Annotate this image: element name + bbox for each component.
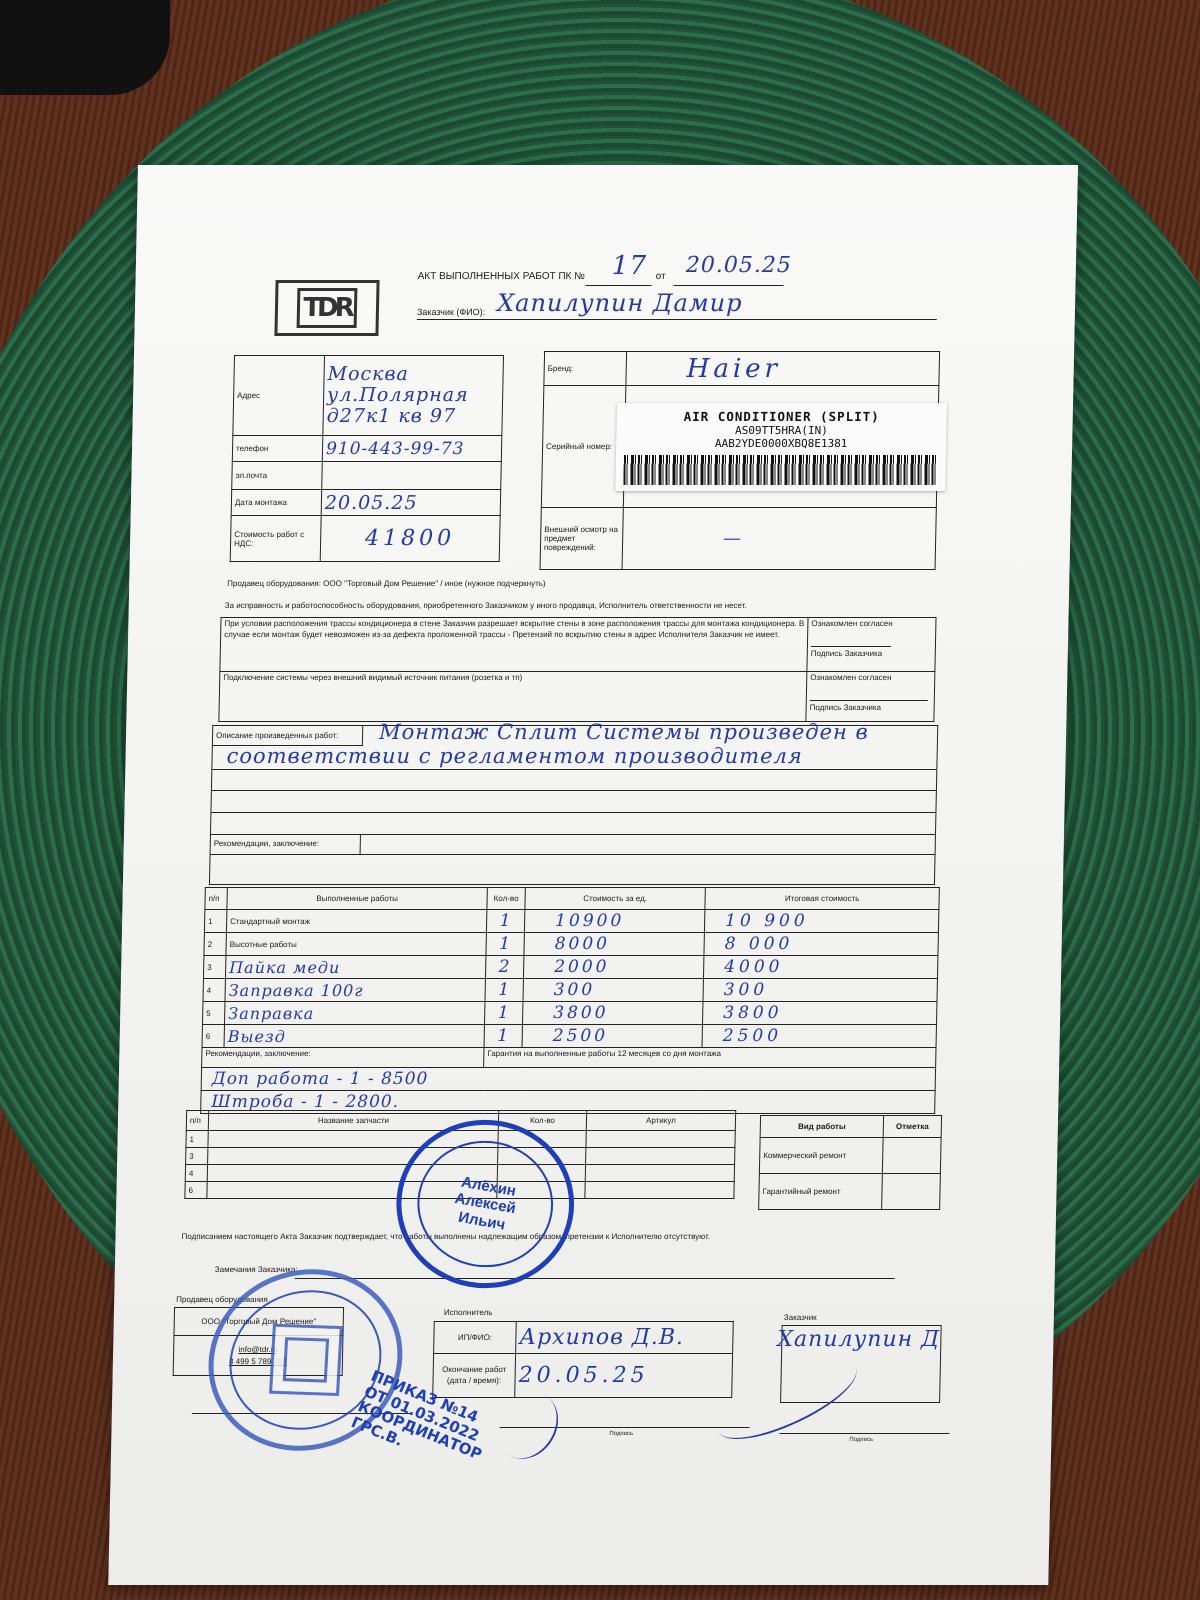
works-row: 6Выезд125002500 xyxy=(202,1025,936,1048)
works-row-total: 300 xyxy=(703,979,937,1002)
works-header-unit: Стоимость за ед. xyxy=(525,888,705,910)
works-row-qty: 1 xyxy=(485,979,523,1002)
works-row-unit: 2000 xyxy=(523,956,703,979)
description-line-2: соответствии с регламентом производителя xyxy=(226,744,803,768)
consent-sign-1: Подпись Заказчика xyxy=(811,649,932,658)
works-row-qty: 1 xyxy=(486,910,524,933)
cost-value: 41800 xyxy=(320,516,500,562)
works-row-name: Выезд xyxy=(224,1025,484,1048)
phone-label: телефон xyxy=(232,436,323,462)
works-row-number: 5 xyxy=(202,1002,224,1025)
work-type-table: Вид работы Отметка Коммерческий ремонт Г… xyxy=(758,1115,942,1210)
barcode xyxy=(623,455,938,485)
customer-label: Заказчик (ФИО): xyxy=(417,307,485,317)
consent-text-1: При условии расположения трассы кондицио… xyxy=(220,618,808,672)
parts-row-n: 3 xyxy=(186,1148,208,1165)
works-row-unit: 300 xyxy=(523,979,703,1002)
mark-header: Отметка xyxy=(883,1116,941,1138)
customer-sign-label: Подпись xyxy=(849,1437,873,1443)
ip-stamp-name1: Алёхин xyxy=(457,1173,521,1201)
inspection-label: Внешний осмотр на предмет повреждений: xyxy=(540,508,623,570)
ip-label: ИП/ФИО: xyxy=(434,1322,517,1354)
company-logo: TDR xyxy=(274,280,379,336)
works-table: п/п Выполненные работы Кол-во Стоимость … xyxy=(200,887,940,1114)
works-rows: 1Стандартный монтаж11090010 9002Высотные… xyxy=(202,910,939,1048)
warranty-repair: Гарантийный ремонт xyxy=(759,1174,883,1210)
works-row-total: 3800 xyxy=(702,1002,936,1025)
works-recommend-cell: Рекомендации, заключение: xyxy=(202,1048,484,1068)
description-line-1: Монтаж Сплит Системы произведен в xyxy=(379,720,869,744)
brand-value: Haier xyxy=(626,352,940,386)
works-header-qty: Кол-во xyxy=(487,888,525,910)
brand-label: Бренд: xyxy=(544,352,627,386)
works-row-unit: 10900 xyxy=(524,910,704,933)
extra-line-1: Доп работа - 1 - 8500 xyxy=(201,1068,935,1091)
works-row-unit: 2500 xyxy=(522,1025,702,1048)
consent-table: При условии расположения трассы кондицио… xyxy=(218,617,936,722)
email-label: эл.почта xyxy=(232,462,323,490)
works-row-number: 4 xyxy=(203,979,225,1002)
works-row: 2Высотные работы180008 000 xyxy=(204,933,938,956)
consent-agree-2: Ознакомлен согласен xyxy=(810,673,931,682)
ip-stamp-name2: Алексей xyxy=(453,1190,517,1218)
works-row: 3Пайка меди220004000 xyxy=(203,956,937,979)
ip-stamp-names: Алёхин Алексей Ильич xyxy=(450,1173,521,1235)
works-row-total: 8 000 xyxy=(704,933,938,956)
works-recommend-label: Рекомендации, заключение: xyxy=(205,1049,310,1058)
parts-row-n: 6 xyxy=(185,1182,207,1199)
customer-name: Хапилупин Дамир xyxy=(497,289,743,317)
works-row-unit: 8000 xyxy=(524,933,704,956)
executor-table: ИП/ФИО: Архипов Д.В. Окончание работ (да… xyxy=(432,1321,734,1398)
works-row-number: 2 xyxy=(204,933,226,956)
works-row-qty: 2 xyxy=(485,956,523,979)
parts-row-n: 1 xyxy=(186,1131,208,1148)
install-date-value: 20.05.25 xyxy=(321,490,501,516)
client-info-table: Адрес Москва ул.Полярная д27к1 кв 97 тел… xyxy=(230,355,504,562)
works-row-qty: 1 xyxy=(484,1002,522,1025)
commercial-repair: Коммерческий ремонт xyxy=(759,1138,883,1174)
works-row-total: 10 900 xyxy=(704,910,938,933)
warranty-text: Гарантия на выполненные работы 12 месяце… xyxy=(484,1048,936,1068)
consent-sign-2: Подпись Заказчика xyxy=(810,703,931,712)
logo-text: TDR xyxy=(297,288,358,328)
works-row: 1Стандартный монтаж11090010 900 xyxy=(204,910,938,933)
works-row-name: Пайка меди xyxy=(225,956,485,979)
works-row-number: 3 xyxy=(203,956,225,979)
sticker-model: AS09TT5HRA(IN) xyxy=(616,424,946,437)
description-block: Описание произведенных работ: Монтаж Спл… xyxy=(209,725,938,885)
works-row-name: Стандартный монтаж xyxy=(226,910,486,933)
email-value xyxy=(322,462,502,490)
customer-footer-value: Хапилупин Д xyxy=(777,1327,940,1352)
work-type-header: Вид работы xyxy=(760,1116,883,1138)
commercial-repair-mark[interactable] xyxy=(882,1138,941,1174)
parts-header-article: Артикул xyxy=(586,1111,735,1131)
phone-value: 910-443-99-73 xyxy=(322,436,502,462)
works-row-name: Заправка 100г xyxy=(225,979,485,1002)
parts-header-n: п/п xyxy=(186,1111,208,1131)
act-number: 17 xyxy=(612,251,648,281)
serial-sticker: AIR CONDITIONER (SPLIT) AS09TT5HRA(IN) A… xyxy=(615,403,947,491)
address-label: Адрес xyxy=(233,356,325,436)
works-row-qty: 1 xyxy=(484,1025,522,1048)
works-header-name: Выполненные работы xyxy=(227,888,487,910)
inspection-value: — xyxy=(622,508,936,570)
works-row-name: Заправка xyxy=(224,1002,484,1025)
act-title: АКТ ВЫПОЛНЕННЫХ РАБОТ ПК № xyxy=(418,271,585,282)
dark-object xyxy=(0,0,170,95)
warranty-repair-mark[interactable] xyxy=(882,1174,941,1210)
works-row-number: 1 xyxy=(204,910,226,933)
works-row-unit: 3800 xyxy=(522,1002,702,1025)
consent-cell-2: Ознакомлен согласен Подпись Заказчика xyxy=(806,672,935,722)
works-row-name: Высотные работы xyxy=(226,933,486,956)
end-label: Окончание работ (дата / время): xyxy=(433,1354,516,1398)
ip-stamp-name3: Ильич xyxy=(450,1207,514,1235)
end-value: 20.05.25 xyxy=(515,1354,733,1398)
liability-note: За исправность и работоспособность обору… xyxy=(225,601,747,610)
parts-row-n: 4 xyxy=(185,1165,207,1182)
cost-label: Стоимость работ с НДС: xyxy=(230,516,321,562)
act-date: 20.05.25 xyxy=(686,253,792,278)
description-label: Описание произведенных работ: xyxy=(213,726,363,746)
executor-sign-label: Подпись xyxy=(609,1431,633,1437)
consent-agree-1: Ознакомлен согласен xyxy=(811,619,932,628)
works-header-n: п/п xyxy=(205,888,227,910)
works-row-number: 6 xyxy=(202,1025,224,1048)
date-label: от xyxy=(656,271,666,282)
recommend-label: Рекомендации, заключение: xyxy=(211,834,361,854)
company-stamp-emblem xyxy=(269,1324,343,1396)
sticker-product: AIR CONDITIONER (SPLIT) xyxy=(617,409,947,424)
serial-label: Серийный номер: xyxy=(541,386,626,508)
address-value: Москва ул.Полярная д27к1 кв 97 xyxy=(323,356,504,436)
install-date-label: Дата монтажа xyxy=(231,490,322,516)
works-row-total: 4000 xyxy=(703,956,937,979)
document-sheet: TDR АКТ ВЫПОЛНЕННЫХ РАБОТ ПК № 17 от 20.… xyxy=(108,165,1078,1585)
works-header-total: Итоговая стоимость xyxy=(705,888,939,910)
ip-value: Архипов Д.В. xyxy=(516,1322,734,1354)
works-row: 5Заправка138003800 xyxy=(202,1002,936,1025)
seller-note: Продавец оборудования: ООО "Торговый Дом… xyxy=(227,579,546,588)
works-row: 4Заправка 100г1300300 xyxy=(203,979,937,1002)
customer-footer-label: Заказчик xyxy=(784,1313,817,1322)
executor-label: Исполнитель xyxy=(444,1308,493,1317)
consent-cell-1: Ознакомлен согласен Подпись Заказчика xyxy=(807,618,936,672)
works-row-total: 2500 xyxy=(702,1025,936,1048)
sticker-serial: AAB2YDE0000XBQ8E1381 xyxy=(616,437,946,450)
works-row-qty: 1 xyxy=(486,933,524,956)
consent-text-2: Подключение системы через внешний видимы… xyxy=(219,672,807,722)
